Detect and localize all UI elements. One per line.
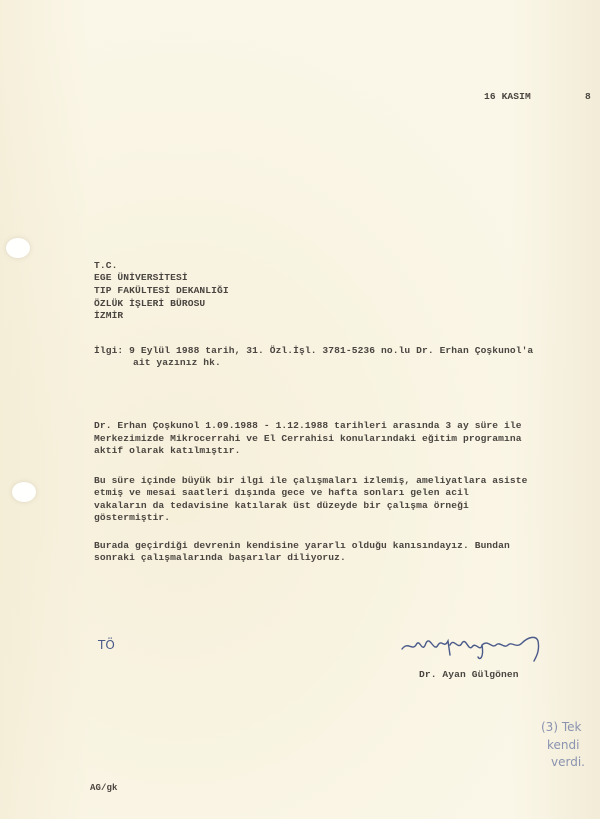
body-line: Bu süre içinde büyük bir ilgi ile çalışm… [94,475,527,488]
signature-scribble [398,627,543,667]
recipient-line: TIP FAKÜLTESİ DEKANLIĞI [94,285,229,298]
body-line: vakaların da tedavisine katılarak üst dü… [94,500,469,513]
body-line: göstermiştir. [94,512,170,525]
body-line: Merkezimizde Mikrocerrahi ve El Cerrahis… [94,433,522,446]
body-line: Burada geçirdiği devrenin kendisine yara… [94,540,510,553]
signatory-name: Dr. Ayan Gülgönen [419,669,519,682]
header-date-suffix: 8 [585,91,591,104]
recipient-line: İZMİR [94,310,123,323]
margin-note-line: (3) Tek [541,720,581,734]
header-date: 16 KASIM [484,91,531,104]
body-line: etmiş ve mesai saatleri dışında gece ve … [94,487,469,500]
punch-hole-bottom [12,482,36,502]
punch-hole-top [6,238,30,258]
reference-line: ait yazınız hk. [133,357,221,370]
margin-note-line: kendi [547,738,579,752]
footer-reference-initials: AG/gk [90,782,118,795]
body-line: Dr. Erhan Çoşkunol 1.09.1988 - 1.12.1988… [94,420,522,433]
margin-note-line: verdi. [551,755,585,769]
recipient-line: EGE ÜNİVERSİTESİ [94,272,188,285]
recipient-line: T.C. [94,260,117,273]
body-line: aktif olarak katılmıştır. [94,445,240,458]
body-line: sonraki çalışmalarında başarılar diliyor… [94,552,346,565]
handwritten-initials: TÖ [98,638,115,652]
reference-line: İlgi: 9 Eylül 1988 tarih, 31. Özl.İşl. 3… [94,345,533,358]
recipient-line: ÖZLÜK İŞLERİ BÜROSU [94,298,205,311]
